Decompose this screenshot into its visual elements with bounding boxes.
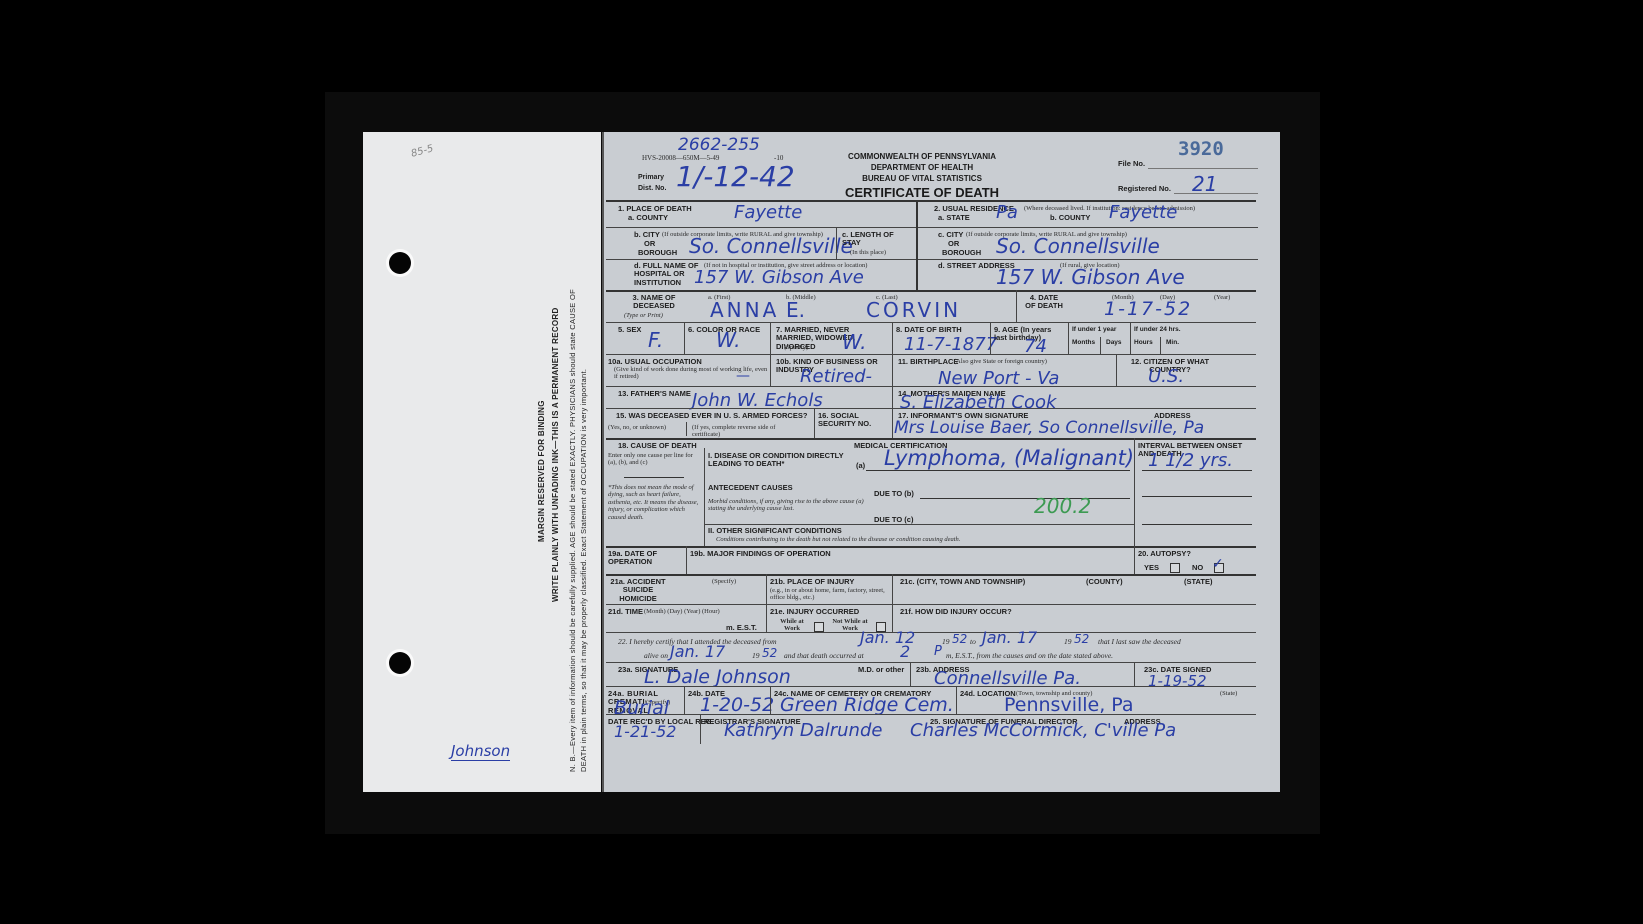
antecedent-label: ANTECEDENT CAUSES xyxy=(708,484,793,492)
residence-city-value: So. Connellsville xyxy=(996,234,1160,258)
occupation-label: 10a. USUAL OCCUPATION xyxy=(608,358,702,366)
punch-hole-bottom xyxy=(389,652,411,674)
death-ampm-value: P xyxy=(934,644,942,659)
physician-signature-value: L. Dale Johnson xyxy=(644,666,791,688)
injury-city-label: 21c. (CITY, TOWN AND TOWNSHIP) xyxy=(900,578,1025,586)
death-certificate-form: HVS-20008—650M—5-49 -10 2662-255 Primary… xyxy=(602,132,1280,792)
how-injury-label: 21f. HOW DID INJURY OCCUR? xyxy=(900,608,1012,616)
name-hint: (Type or Print) xyxy=(624,312,663,319)
marital-status-value: W. xyxy=(842,330,867,354)
disease-label: I. DISEASE OR CONDITION DIRECTLY LEADING… xyxy=(708,452,868,469)
injury-state-label: (STATE) xyxy=(1184,578,1212,586)
birthplace-hint: (Also give State or foreign country) xyxy=(954,358,1047,365)
file-no-value: 3920 xyxy=(1178,138,1224,160)
alive-year-value: 52 xyxy=(762,646,777,660)
other-conditions-hint: Conditions contributing to the death but… xyxy=(716,536,966,543)
under-1-year-label: If under 1 year xyxy=(1072,326,1116,333)
burial-state-label: (State) xyxy=(1220,690,1237,697)
borough-label: BOROUGH xyxy=(638,249,677,257)
year-label: (Year) xyxy=(1214,294,1230,301)
length-of-stay-label: c. LENGTH OF STAY xyxy=(842,231,914,248)
under-24-hrs-label: If under 24 hrs. xyxy=(1134,326,1181,333)
injury-county-label: (COUNTY) xyxy=(1086,578,1123,586)
alive-on-value: Jan. 17 xyxy=(670,642,725,661)
from-year-value: 52 xyxy=(952,632,967,646)
residence-state-value: Pa xyxy=(996,202,1018,223)
certificate-title: CERTIFICATE OF DEATH xyxy=(804,185,1040,200)
while-at-work-label: While at Work xyxy=(774,618,810,632)
marital-hint: (Specify) xyxy=(784,344,808,351)
binding-note: MARGIN RESERVED FOR BINDING xyxy=(537,400,546,542)
registered-no-label: Registered No. xyxy=(1118,185,1171,193)
operation-findings-label: 19b. MAJOR FINDINGS OF OPERATION xyxy=(690,550,831,558)
instruction-line-2: DEATH in plain terms, so that it may be … xyxy=(579,369,588,772)
accident-label: 21a. ACCIDENT SUICIDE HOMICIDE xyxy=(608,578,668,603)
borough-label-2: BOROUGH xyxy=(942,249,981,257)
autopsy-check-mark: ✓ xyxy=(1212,556,1224,572)
agency-line-2: DEPARTMENT OF HEALTH xyxy=(824,163,1020,172)
name-label: 3. NAME OF DECEASED xyxy=(618,294,690,311)
operation-date-label: 19a. DATE OF OPERATION xyxy=(608,550,688,567)
citizen-value: U.S. xyxy=(1148,366,1184,387)
death-time-value: 2 xyxy=(900,642,910,661)
residence-city-label: c. CITY xyxy=(938,231,963,239)
street-value: 157 W. Gibson Ave xyxy=(996,265,1185,289)
alive-on-label: alive on xyxy=(644,652,668,660)
county-label: a. COUNTY xyxy=(628,214,668,222)
place-of-injury-label: 21b. PLACE OF INJURY xyxy=(770,578,854,586)
attended-to-value: Jan. 17 xyxy=(982,628,1037,647)
agency-line-3: BUREAU OF VITAL STATISTICS xyxy=(824,174,1020,183)
first-name-value: ANNA xyxy=(710,298,779,322)
city-label: b. CITY xyxy=(634,231,660,239)
binding-margin: 85-5 MARGIN RESERVED FOR BINDING WRITE P… xyxy=(363,132,601,792)
primary-dist-value: 1/-12-42 xyxy=(676,160,795,193)
autopsy-no-label: NO xyxy=(1192,564,1203,572)
file-no-label: File No. xyxy=(1118,160,1145,168)
punch-hole-top xyxy=(389,252,411,274)
instruction-line-1: N. B.—Every item of information should b… xyxy=(568,289,577,772)
place-of-death-label: 1. PLACE OF DEATH xyxy=(618,205,692,213)
date-signed-value: 1-19-52 xyxy=(1148,672,1207,690)
autopsy-yes-label: YES xyxy=(1144,564,1159,572)
armed-hint-2: (If yes, complete reverse side of certif… xyxy=(692,424,782,438)
days-label: Days xyxy=(1106,339,1122,346)
race-value: W. xyxy=(716,328,741,352)
state-label: a. STATE xyxy=(938,214,970,222)
date-of-birth-label: 8. DATE OF BIRTH xyxy=(896,326,962,334)
date-of-birth-value: 11-7-1877 xyxy=(904,334,997,355)
certify-text-c: and that death occurred at xyxy=(784,652,864,660)
armed-hint-1: (Yes, no, or unknown) xyxy=(608,424,666,431)
registered-no-value: 21 xyxy=(1192,172,1217,196)
to-label: to xyxy=(970,638,976,646)
birthplace-label: 11. BIRTHPLACE xyxy=(898,358,958,366)
death-county-value: Fayette xyxy=(734,202,802,223)
informant-value: Mrs Louise Baer, So Connellsville, Pa xyxy=(894,418,1204,438)
hours-label: Hours xyxy=(1134,339,1153,346)
cause-a-label: (a) xyxy=(856,462,865,470)
date-of-death-value: 1-17-52 xyxy=(1104,298,1192,320)
date-of-death-label: 4. DATE OF DEATH xyxy=(1024,294,1064,311)
autopsy-yes-checkbox[interactable] xyxy=(1170,563,1180,573)
sex-value: F. xyxy=(648,328,663,352)
residence-county-label: b. COUNTY xyxy=(1050,214,1090,222)
due-to-c-label: DUE TO (c) xyxy=(874,516,913,524)
primary-label: Primary xyxy=(638,174,664,182)
or-label: OR xyxy=(644,240,655,248)
min-label: Min. xyxy=(1166,339,1179,346)
ink-note: WRITE PLAINLY WITH UNFADING INK—THIS IS … xyxy=(551,307,560,602)
hospital-value: 157 W. Gibson Ave xyxy=(694,267,864,288)
sex-label: 5. SEX xyxy=(618,326,641,334)
cause-a-value: Lymphoma, (Malignant) xyxy=(884,446,1134,470)
residence-county-value: Fayette xyxy=(1109,202,1177,223)
to-year-value: 52 xyxy=(1074,632,1089,646)
last-name-value: CORVIN xyxy=(866,298,961,322)
ssn-label: 16. SOCIAL SECURITY NO. xyxy=(818,412,892,429)
months-label: Months xyxy=(1072,339,1095,346)
pencil-note: 85-5 xyxy=(410,143,435,160)
surname-note: Johnson xyxy=(451,742,510,761)
other-conditions-label: II. OTHER SIGNIFICANT CONDITIONS xyxy=(708,527,842,535)
father-name-label: 13. FATHER'S NAME xyxy=(618,390,691,398)
burial-location-value: Pennsville, Pa xyxy=(1004,694,1134,716)
cause-of-death-label: 18. CAUSE OF DEATH xyxy=(618,442,697,450)
place-of-injury-hint: (e.g., in or about home, farm, factory, … xyxy=(770,587,890,601)
length-hint: (In this place) xyxy=(850,249,886,256)
while-at-work-checkbox[interactable] xyxy=(814,622,824,632)
md-label: M.D. or other xyxy=(858,666,904,674)
burial-date-value: 1-20-52 xyxy=(700,694,774,716)
armed-forces-label: 15. WAS DECEASED EVER IN U. S. ARMED FOR… xyxy=(616,412,807,420)
certify-text-d: m, E.S.T., from the causes and on the da… xyxy=(946,652,1113,660)
certify-text-b: that I last saw the deceased xyxy=(1098,638,1181,646)
injury-occurred-label: 21e. INJURY OCCURRED xyxy=(770,608,859,616)
specify-label: (Specify) xyxy=(712,578,736,585)
business-value: Retired- xyxy=(800,366,872,387)
interval-value: 1 1/2 yrs. xyxy=(1148,450,1233,471)
death-city-value: So. Connellsville xyxy=(689,234,853,258)
registrar-signature-value: Kathryn Dalrunde xyxy=(724,720,882,741)
time-of-injury-hint: (Month) (Day) (Year) (Hour) xyxy=(644,608,720,615)
enter-cause-hint: Enter only one cause per line for (a), (… xyxy=(608,452,700,466)
est-label: m. E.S.T. xyxy=(726,624,757,632)
middle-name-value: E. xyxy=(786,298,805,322)
burial-type-value: Burial xyxy=(614,697,669,719)
funeral-director-value: Charles McCormick, C'ville Pa xyxy=(910,720,1176,741)
agency-line-1: COMMONWEALTH OF PENNSYLVANIA xyxy=(824,152,1020,161)
cause-note: *This does not mean the mode of dying, s… xyxy=(608,484,700,521)
cemetery-value: Green Ridge Cem. xyxy=(780,694,954,716)
or-label-2: OR xyxy=(948,240,959,248)
autopsy-label: 20. AUTOPSY? xyxy=(1138,550,1191,558)
mother-name-value: S. Elizabeth Cook xyxy=(900,392,1056,413)
cause-code-value: 200.2 xyxy=(1034,494,1091,518)
dist-no-label: Dist. No. xyxy=(638,185,666,193)
due-to-b-label: DUE TO (b) xyxy=(874,490,914,498)
morbid-hint: Morbid conditions, if any, giving rise t… xyxy=(708,498,868,512)
occupation-value: — xyxy=(736,368,750,384)
handwritten-number: 2662-255 xyxy=(678,135,760,155)
date-received-value: 1-21-52 xyxy=(614,722,676,741)
